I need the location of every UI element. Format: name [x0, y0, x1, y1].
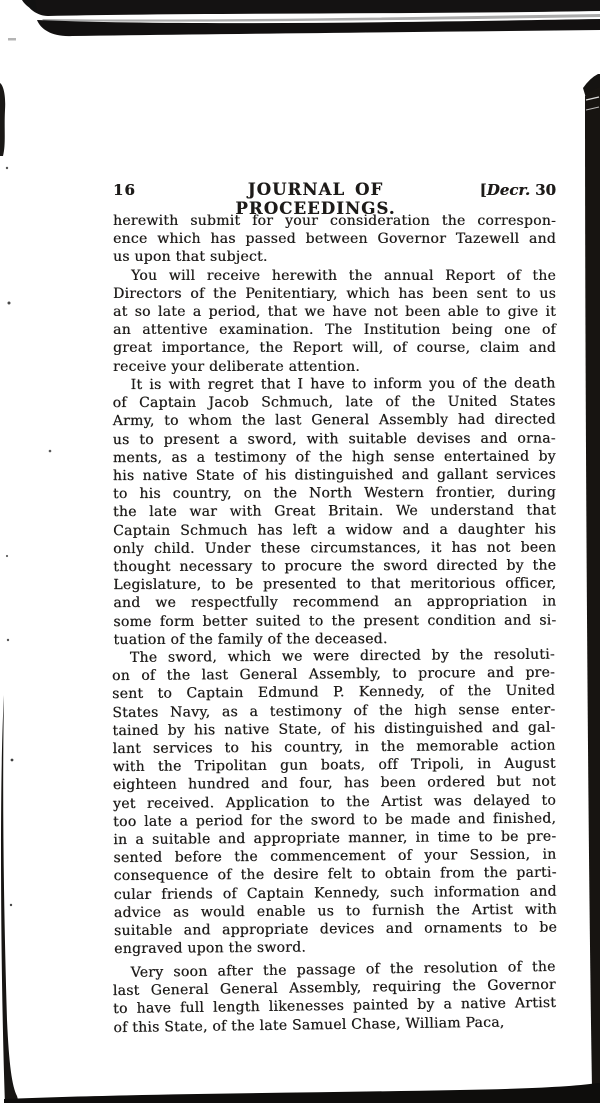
scan-speck: [6, 555, 8, 557]
scan-bottom-edge-band: [4, 1083, 600, 1103]
scan-speck: [6, 167, 8, 169]
paragraph: Very soon after the passage of the resol…: [112, 958, 556, 1037]
scan-right-edge-curl: [583, 74, 600, 98]
text-line: and we respectfully recommend an appropr…: [113, 593, 556, 613]
page-number: 16: [113, 181, 171, 199]
scan-speck: [10, 904, 12, 906]
scan-top-left-dash: [8, 38, 16, 41]
text-line: only child. Under these circumstances, i…: [113, 538, 556, 558]
text-line: Army, to whom the last General Assembly …: [113, 411, 556, 431]
text-line: ments, as a testimony of the high sense …: [113, 447, 556, 467]
scan-speck: [11, 759, 14, 762]
page-header: 16 JOURNAL OF PROCEEDINGS. [Decr.30: [113, 180, 556, 202]
text-line: his native State of his distinguished an…: [113, 465, 556, 485]
text-line: us to present a sword, with suitable dev…: [113, 429, 556, 449]
text-line: us upon that subject.: [113, 248, 556, 266]
scan-speck: [49, 450, 52, 453]
text-line: It is with regret that I have to inform …: [113, 374, 556, 394]
text-line: Directors of the Penitentiary, which has…: [113, 285, 556, 303]
paragraph: herewith submit for your consideration t…: [113, 212, 556, 267]
text-line: engraved upon the sword.: [114, 937, 557, 959]
text-line: receive your deliberate attention.: [113, 358, 556, 376]
scan-left-edge-band-lower: [1, 695, 19, 1103]
scanned-page: 16 JOURNAL OF PROCEEDINGS. [Decr.30 here…: [0, 0, 600, 1103]
paragraph: You will receive herewith the annual Rep…: [113, 267, 556, 376]
scan-left-edge-mark-upper: [0, 83, 5, 156]
scan-right-edge-slit: [586, 107, 599, 110]
text-line: an attentive examination. The Institutio…: [113, 321, 556, 339]
scan-speck: [7, 639, 9, 641]
paragraph: The sword, which we were directed by the…: [112, 645, 557, 958]
text-line: at so late a period, that we have not be…: [113, 303, 556, 321]
scan-right-edge-band: [585, 87, 600, 1089]
text-line: Captain Schmuch has left a widow and a d…: [113, 520, 556, 540]
header-date: [Decr.30: [460, 181, 556, 199]
text-line: thought necessary to procure the sword d…: [113, 556, 556, 576]
text-line: ence which has passed between Governor T…: [113, 230, 556, 248]
text-line: great importance, the Report will, of co…: [113, 339, 556, 357]
text-line: the late war with Great Britain. We unde…: [113, 502, 556, 522]
scan-top-edge-band-2: [37, 19, 600, 36]
date-month: Decr.: [487, 181, 530, 199]
scan-top-edge-band-1: [25, 0, 600, 16]
text-block: herewith submit for your consideration t…: [113, 212, 556, 1037]
scan-speck: [8, 302, 11, 305]
text-line: herewith submit for your consideration t…: [113, 212, 556, 230]
paragraph: It is with regret that I have to inform …: [113, 374, 557, 649]
text-line: Legislature, to be presented to that mer…: [113, 575, 556, 595]
text-line: You will receive herewith the annual Rep…: [113, 267, 556, 285]
text-line: suitable and appropriate devices and orn…: [114, 918, 557, 940]
scan-right-edge-slit: [586, 97, 599, 100]
date-day: 30: [535, 181, 556, 199]
scan-top-left-corner-mark: [22, 0, 37, 11]
date-bracket: [: [480, 181, 487, 199]
text-line: to his country, on the North Western fro…: [113, 484, 556, 504]
text-line: of Captain Jacob Schmuch, late of the Un…: [113, 392, 556, 412]
scan-top-edge-gap-line: [42, 14, 600, 22]
text-line: some form better suited to the present c…: [113, 611, 556, 631]
